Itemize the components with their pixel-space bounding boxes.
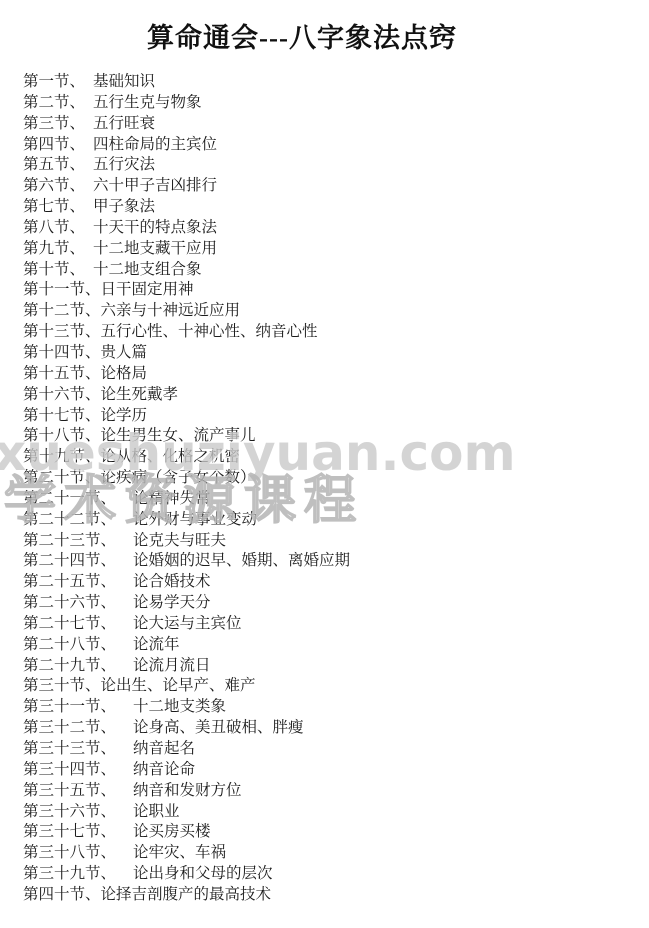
toc-item: 第四节、四柱命局的主宾位 [23, 135, 629, 156]
toc-item-label: 第三十一节、 [23, 697, 133, 718]
toc-item-label: 第十四节、 [23, 343, 101, 364]
toc-item-label: 第一节、 [23, 72, 93, 93]
toc-item-title: 论职业 [133, 802, 180, 823]
toc-item-title: 纳音起名 [133, 739, 195, 760]
toc-item: 第二十六节、论易学天分 [23, 593, 629, 614]
toc-item-title: 论格局 [101, 364, 148, 385]
toc-item-title: 五行生克与物象 [93, 93, 202, 114]
toc-item-label: 第七节、 [23, 197, 93, 218]
toc-item-label: 第二节、 [23, 93, 93, 114]
toc-item-title: 十二地支组合象 [93, 260, 202, 281]
toc-item-label: 第十八节、 [23, 426, 101, 447]
page-title: 算命通会---八字象法点窍 [0, 16, 604, 55]
toc-item-title: 纳音和发财方位 [133, 781, 242, 802]
toc-item: 第三十八节、论牢灾、车祸 [23, 843, 629, 864]
toc-item-label: 第三十节、 [23, 676, 101, 697]
toc-item: 第八节、十天干的特点象法 [23, 218, 629, 239]
toc-item-label: 第三节、 [23, 114, 93, 135]
toc-item-label: 第四节、 [23, 135, 93, 156]
toc-item: 第二十二节、论外财与事业变动 [23, 510, 629, 531]
toc-item-label: 第十六节、 [23, 385, 101, 406]
toc-item-label: 第十二节、 [23, 301, 101, 322]
toc-item-label: 第二十九节、 [23, 656, 133, 677]
toc-item-title: 六十甲子吉凶排行 [93, 176, 217, 197]
toc-item-title: 论疾病（含子女个数） [101, 468, 256, 489]
toc-item-title: 六亲与十神远近应用 [101, 301, 241, 322]
toc-item-label: 第三十七节、 [23, 822, 133, 843]
toc-item-title: 五行旺衰 [93, 114, 155, 135]
toc-item-label: 第三十九节、 [23, 864, 133, 885]
toc-item-label: 第十三节、 [23, 322, 101, 343]
toc-item: 第二节、五行生克与物象 [23, 93, 629, 114]
toc-item: 第二十三节、论克夫与旺夫 [23, 531, 629, 552]
toc-item-title: 论流年 [133, 635, 180, 656]
toc-item-title: 纳音论命 [133, 760, 195, 781]
toc-item-label: 第三十四节、 [23, 760, 133, 781]
toc-item: 第三十二节、论身高、美丑破相、胖瘦 [23, 718, 629, 739]
toc-item: 第十节、十二地支组合象 [23, 260, 629, 281]
toc-item: 第五节、五行灾法 [23, 155, 629, 176]
toc-item-title: 论精神失常 [133, 489, 211, 510]
toc-item: 第十一节、日干固定用神 [23, 280, 629, 301]
toc-item-title: 论出生、论早产、难产 [101, 676, 256, 697]
toc-item: 第二十五节、论合婚技术 [23, 572, 629, 593]
toc-item-title: 论合婚技术 [133, 572, 211, 593]
toc-item: 第十五节、论格局 [23, 364, 629, 385]
toc-item-label: 第二十一节、 [23, 489, 133, 510]
toc-item-title: 五行心性、十神心性、纳音心性 [101, 322, 318, 343]
toc-item-label: 第二十二节、 [23, 510, 133, 531]
toc-item: 第二十八节、论流年 [23, 635, 629, 656]
toc-item-title: 甲子象法 [93, 197, 155, 218]
toc-item: 第十二节、六亲与十神远近应用 [23, 301, 629, 322]
toc-item-title: 基础知识 [93, 72, 155, 93]
toc-item-label: 第五节、 [23, 155, 93, 176]
toc-item-title: 论易学天分 [133, 593, 211, 614]
toc-item-title: 论生男生女、流产事儿 [101, 426, 256, 447]
toc-item-label: 第十七节、 [23, 406, 101, 427]
toc-item-label: 第二十五节、 [23, 572, 133, 593]
toc-item-label: 第六节、 [23, 176, 93, 197]
toc-item: 第十八节、论生男生女、流产事儿 [23, 426, 629, 447]
toc-item-label: 第三十三节、 [23, 739, 133, 760]
toc-item: 第十七节、论学历 [23, 406, 629, 427]
toc-item-label: 第二十六节、 [23, 593, 133, 614]
toc-item-label: 第十九节、 [23, 447, 101, 468]
toc-item-title: 论出身和父母的层次 [133, 864, 273, 885]
toc-item: 第三十三节、纳音起名 [23, 739, 629, 760]
toc-item: 第二十七节、论大运与主宾位 [23, 614, 629, 635]
toc-item-label: 第十五节、 [23, 364, 101, 385]
toc-item-label: 第十一节、 [23, 280, 101, 301]
toc-item: 第十四节、贵人篇 [23, 343, 629, 364]
toc-item: 第三十四节、纳音论命 [23, 760, 629, 781]
toc-item: 第二十四节、论婚姻的迟早、婚期、离婚应期 [23, 551, 629, 572]
toc-item-label: 第三十八节、 [23, 843, 133, 864]
toc-item: 第七节、甲子象法 [23, 197, 629, 218]
toc-item-label: 第二十八节、 [23, 635, 133, 656]
toc-item-label: 第十节、 [23, 260, 93, 281]
toc-item-title: 论牢灾、车祸 [133, 843, 226, 864]
toc-item: 第三节、五行旺衰 [23, 114, 629, 135]
toc-item: 第四十节、论择吉剖腹产的最高技术 [23, 885, 629, 906]
toc-item-title: 论外财与事业变动 [133, 510, 257, 531]
toc-item-label: 第三十五节、 [23, 781, 133, 802]
toc-item: 第六节、六十甲子吉凶排行 [23, 176, 629, 197]
toc-item-title: 贵人篇 [101, 343, 148, 364]
toc-item-label: 第四十节、 [23, 885, 101, 906]
toc-item-label: 第二十七节、 [23, 614, 133, 635]
toc-item: 第三十九节、论出身和父母的层次 [23, 864, 629, 885]
toc-item: 第三十节、论出生、论早产、难产 [23, 676, 629, 697]
toc-item-title: 论婚姻的迟早、婚期、离婚应期 [133, 551, 350, 572]
toc-item-title: 论学历 [101, 406, 148, 427]
toc-item: 第九节、十二地支藏干应用 [23, 239, 629, 260]
toc-item-label: 第三十二节、 [23, 718, 133, 739]
toc-item: 第二十节、论疾病（含子女个数） [23, 468, 629, 489]
toc-item: 第十九节、论从格、化格之机密 [23, 447, 629, 468]
toc-item-title: 十天干的特点象法 [93, 218, 217, 239]
toc-item-label: 第二十三节、 [23, 531, 133, 552]
toc-item: 第十三节、五行心性、十神心性、纳音心性 [23, 322, 629, 343]
toc-item-title: 论买房买楼 [133, 822, 211, 843]
toc-item-title: 四柱命局的主宾位 [93, 135, 217, 156]
toc-item: 第一节、基础知识 [23, 72, 629, 93]
toc-item: 第十六节、论生死戴孝 [23, 385, 629, 406]
toc-item-title: 论生死戴孝 [101, 385, 179, 406]
toc-list: 第一节、基础知识第二节、五行生克与物象第三节、五行旺衰第四节、四柱命局的主宾位第… [23, 72, 629, 906]
toc-item: 第二十一节、论精神失常 [23, 489, 629, 510]
toc-item-label: 第二十节、 [23, 468, 101, 489]
document-page: 算命通会---八字象法点窍 第一节、基础知识第二节、五行生克与物象第三节、五行旺… [0, 0, 649, 928]
toc-item-title: 论流月流日 [133, 656, 211, 677]
toc-item-label: 第九节、 [23, 239, 93, 260]
toc-item-title: 五行灾法 [93, 155, 155, 176]
toc-item: 第三十六节、论职业 [23, 802, 629, 823]
toc-item-title: 日干固定用神 [101, 280, 194, 301]
toc-item-label: 第二十四节、 [23, 551, 133, 572]
toc-item-title: 十二地支藏干应用 [93, 239, 217, 260]
toc-item-label: 第八节、 [23, 218, 93, 239]
toc-item-title: 论大运与主宾位 [133, 614, 242, 635]
toc-item: 第三十一节、十二地支类象 [23, 697, 629, 718]
toc-item-title: 论从格、化格之机密 [101, 447, 241, 468]
toc-item: 第三十五节、纳音和发财方位 [23, 781, 629, 802]
toc-item-title: 论择吉剖腹产的最高技术 [101, 885, 272, 906]
toc-item-title: 论身高、美丑破相、胖瘦 [133, 718, 304, 739]
toc-item: 第三十七节、论买房买楼 [23, 822, 629, 843]
toc-item-label: 第三十六节、 [23, 802, 133, 823]
toc-item-title: 论克夫与旺夫 [133, 531, 226, 552]
toc-item: 第二十九节、论流月流日 [23, 656, 629, 677]
toc-item-title: 十二地支类象 [133, 697, 226, 718]
